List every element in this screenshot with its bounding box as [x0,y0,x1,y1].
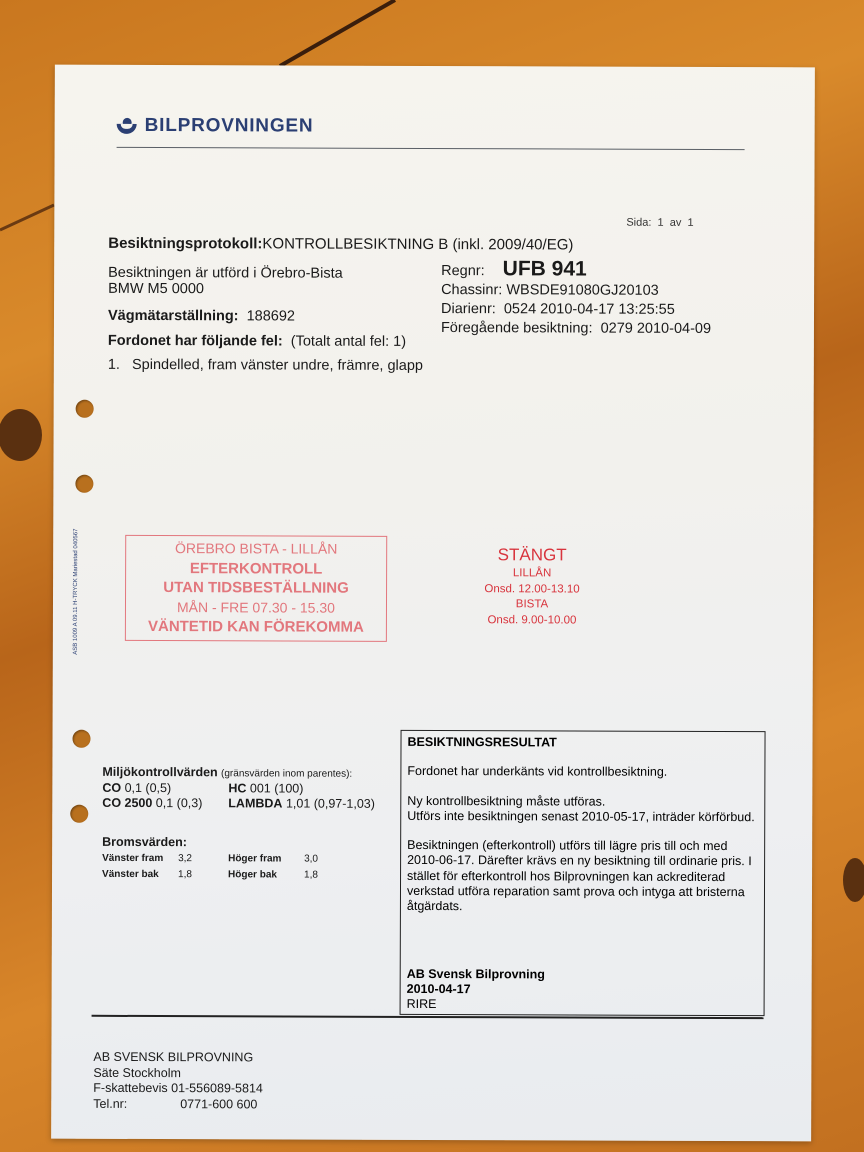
chassinr-label: Chassinr: [441,282,502,298]
faults-label: Fordonet har följande fel: [108,333,283,350]
page-current: 1 [658,217,664,229]
punch-hole [75,475,93,493]
protocol-heading: Besiktningsprotokoll:KONTROLLBESIKTNING … [108,235,573,254]
previous-inspection-value: 0279 2010-04-09 [601,321,712,337]
closed-line: BISTA [473,597,591,613]
logo-text: BILPROVNINGEN [145,115,314,138]
odometer-label: Vägmätarställning: [108,308,239,324]
driving-ban-notice: Utförs inte besiktningen senast 2010-05-… [407,809,754,824]
result-price-notice: Besiktningen (efterkontroll) utförs till… [407,838,758,916]
emission-value: 1,01 (0,97-1,03) [286,796,375,810]
protocol-type: KONTROLLBESIKTNING B (inkl. 2009/40/EG) [262,235,573,253]
stamp-line: VÄNTETID KAN FÖREKOMMA [126,617,386,637]
footer-company: AB SVENSK BILPROVNING [93,1050,263,1066]
diarienr-value: 0524 2010-04-17 13:25:55 [504,301,675,318]
chassinr-row: Chassinr: WBSDE91080GJ20103 [441,281,711,301]
emission-key: HC [228,781,246,795]
result-verdict: Fordonet har underkänts vid kontrollbesi… [407,764,758,781]
emission-key: LAMBDA [228,796,282,810]
phone-value: 0771-600 600 [180,1097,257,1113]
page-total: 1 [688,217,694,229]
vehicle-info: Besiktningen är utförd i Örebro-Bista BM… [108,265,343,298]
punch-hole [76,400,94,418]
emissions-row: CO 0,1 (0,5) HC 001 (100) [102,781,375,797]
result-reinspection: Ny kontrollbesiktning måste utföras.Utfö… [407,794,758,826]
brakes-grid: Vänster fram 3,2 Höger fram 3,0 Vänster … [102,851,344,884]
emission-value: 0,1 (0,5) [125,781,172,795]
closed-line: Onsd. 9.00-10.00 [473,613,591,629]
chassinr-value: WBSDE91080GJ20103 [506,282,658,299]
bilprovningen-logo-icon [117,118,139,134]
brake-value: 3,0 [304,852,344,868]
punch-hole [70,805,88,823]
stamp-line: ÖREBRO BISTA - LILLÅN [126,539,386,559]
brake-label: Höger fram [228,851,304,867]
fault-number: 1. [108,357,120,373]
header-divider [117,147,745,150]
emission-key: CO 2500 [102,796,152,810]
inspection-protocol-document: BILPROVNINGEN Sida: 1 av 1 Besiktningspr… [51,65,815,1142]
protocol-label: Besiktningsprotokoll: [108,235,262,253]
vehicle-model: BMW M5 0000 [108,281,343,298]
previous-inspection-row: Föregående besiktning: 0279 2010-04-09 [441,319,711,339]
registration-block: Regnr:UFB 941 Chassinr: WBSDE91080GJ2010… [441,259,711,339]
result-signature: AB Svensk Bilprovning 2010-04-17 RIRE [407,967,545,1012]
regnr-value: UFB 941 [503,257,587,280]
reinspection-required: Ny kontrollbesiktning måste utföras. [407,794,605,809]
closed-line: LILLÅN [473,566,591,582]
phone-label: Tel.nr: [93,1096,180,1112]
signature-company: AB Svensk Bilprovning [407,967,545,982]
odometer-value: 188692 [247,308,295,324]
inspection-location: Besiktningen är utförd i Örebro-Bista [108,265,343,282]
footer-tax-row: F-skattebevis 01-556089-5814 [93,1081,263,1097]
regnr-row: Regnr:UFB 941 [441,259,711,282]
form-code: ASB 1009 A 09.11 H-TRYCK Mariestad 04056… [73,529,79,655]
closed-title: STÄNGT [473,544,591,566]
page-indicator: Sida: 1 av 1 [626,217,693,229]
page-of: av [670,217,682,229]
footer-seat: Säte Stockholm [93,1065,263,1081]
diarienr-row: Diarienr: 0524 2010-04-17 13:25:55 [441,300,711,320]
regnr-label: Regnr: [441,263,485,279]
stamp-line: UTAN TIDSBESTÄLLNING [126,578,386,598]
emissions-note: (gränsvärden inom parentes): [221,768,352,779]
brake-values: Bromsvärden: Vänster fram 3,2 Höger fram… [102,835,344,884]
emission-value: 0,1 (0,3) [156,796,203,810]
brake-label: Höger bak [228,867,304,883]
faults-heading: Fordonet har följande fel: (Totalt antal… [108,333,406,350]
emission-key: CO [102,781,121,795]
brake-label: Vänster bak [102,867,178,883]
odometer: Vägmätarställning: 188692 [108,308,295,325]
emissions-row: CO 2500 0,1 (0,3) LAMBDA 1,01 (0,97-1,03… [102,796,375,812]
emissions-values: Miljökontrollvärden (gränsvärden inom pa… [102,765,375,812]
emission-value: 001 (100) [250,781,304,795]
fault-item: 1. Spindelled, fram vänster undre, främr… [108,357,423,374]
brake-value: 1,8 [304,868,344,884]
closed-line: Onsd. 12.00-13.10 [473,582,591,598]
punch-hole [72,730,90,748]
tax-label: F-skattebevis [93,1081,167,1095]
brake-value: 1,8 [178,867,228,883]
previous-inspection-label: Föregående besiktning: [441,320,593,337]
diarienr-label: Diarienr: [441,301,496,317]
bilprovningen-logo: BILPROVNINGEN [117,115,314,138]
red-stamp-reinspection: ÖREBRO BISTA - LILLÅN EFTERKONTROLL UTAN… [125,535,387,642]
faults-total: (Totalt antal fel: 1) [291,334,406,350]
footer-company-info: AB SVENSK BILPROVNING Säte Stockholm F-s… [93,1050,263,1113]
footer-phone-row: Tel.nr:0771-600 600 [93,1096,263,1112]
fault-text: Spindelled, fram vänster undre, främre, … [132,357,423,374]
stamp-line: MÅN - FRE 07.30 - 15.30 [126,597,386,617]
brake-value: 3,2 [178,851,228,867]
stamp-line: EFTERKONTROLL [126,558,386,578]
brakes-title: Bromsvärden: [102,835,344,850]
emissions-title: Miljökontrollvärden [102,765,217,779]
signature-inspector: RIRE [407,997,545,1012]
tax-value: 01-556089-5814 [171,1081,263,1095]
page-label: Sida: [626,217,651,229]
red-stamp-closed: STÄNGT LILLÅN Onsd. 12.00-13.10 BISTA On… [473,544,591,628]
inspection-result-box: BESIKTNINGSRESULTAT Fordonet har underkä… [400,730,766,1016]
brake-label: Vänster fram [102,851,178,867]
signature-date: 2010-04-17 [407,982,545,997]
result-title: BESIKTNINGSRESULTAT [407,735,758,752]
